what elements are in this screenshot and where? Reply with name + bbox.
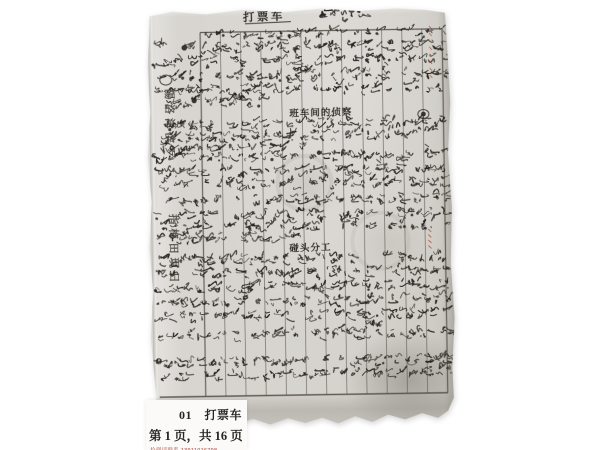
scanned-manuscript-page[interactable]: 打票车 班车间的侦察 碰头分工 陽洛津滨歹 指梅田現日 (144, 3, 457, 434)
contact-note: 捡到请联系 13911016798 (146, 446, 247, 450)
doc-number: 01 (179, 408, 192, 422)
caption-title-line: 01 打票车 (146, 406, 247, 423)
page-indicator: 第 1 页，共 16 页 (146, 426, 247, 444)
handwriting-strokes-group (149, 7, 457, 384)
doc-title: 打票车 (205, 408, 243, 422)
manuscript-grid-and-handwriting (144, 3, 457, 434)
scanned-page-wrap: 打票车 班车间的侦察 碰头分工 陽洛津滨歹 指梅田現日 (144, 3, 457, 434)
caption-card: 01 打票车 第 1 页，共 16 页 捡到请联系 13911016798 (146, 400, 247, 450)
viewer-canvas: 打票车 班车间的侦察 碰头分工 陽洛津滨歹 指梅田現日 01 打票车 第 1 页… (0, 0, 600, 450)
